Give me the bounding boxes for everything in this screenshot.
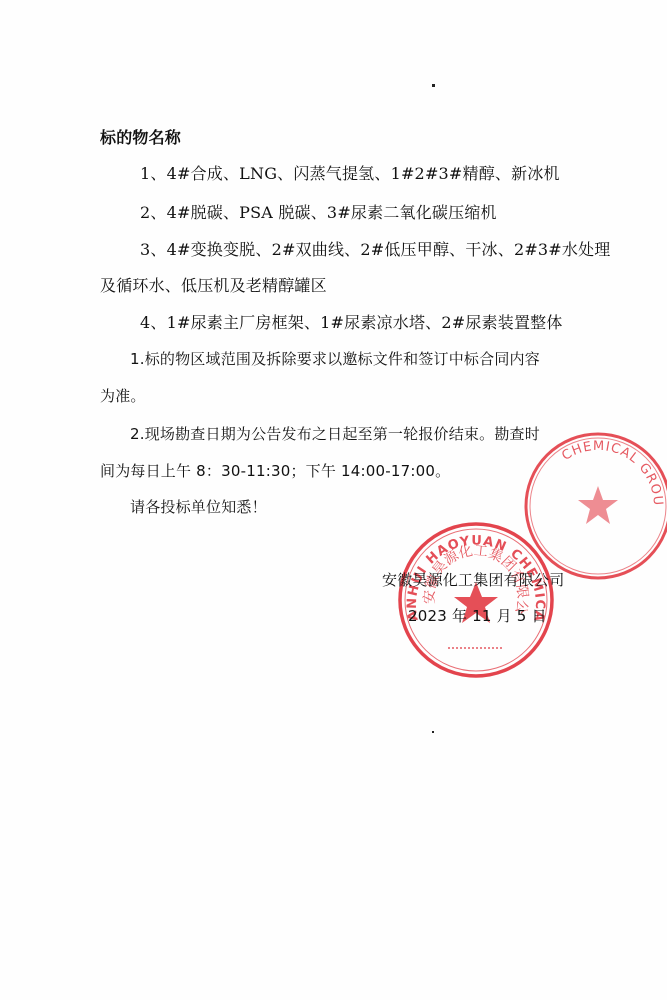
company-seal: ANHUI HAOYUAN CHEMICAL GROUP CO., LTD. 安… xyxy=(396,520,556,680)
note-1-line1: 1.标的物区域范围及拆除要求以邀标文件和签订中标合同内容 xyxy=(130,349,540,369)
item-3-line1: 3、4#变换变脱、2#双曲线、2#低压甲醇、干冰、2#3#水处理 xyxy=(140,240,611,260)
svg-text:安徽昊源化工集团有限公司: 安徽昊源化工集团有限公司 xyxy=(396,520,530,615)
item-4: 4、1#尿素主厂房框架、1#尿素凉水塔、2#尿素装置整体 xyxy=(140,313,563,333)
document-page: 标的物名称 1、4#合成、LNG、闪蒸气提氢、1#2#3#精醇、新冰机 2、4#… xyxy=(0,0,667,1000)
item-3-line2: 及循环水、低压机及老精醇罐区 xyxy=(100,276,327,296)
partial-company-seal: CHEMICAL GROUP · CO., LTD. xyxy=(522,430,667,582)
signature-date: 2023 年 11 月 5 日 xyxy=(408,606,547,626)
scan-speck xyxy=(432,731,434,733)
svg-text:CHEMICAL GROUP · CO., LTD.: CHEMICAL GROUP · CO., LTD. xyxy=(522,430,665,507)
section-heading: 标的物名称 xyxy=(100,128,181,148)
item-1: 1、4#合成、LNG、闪蒸气提氢、1#2#3#精醇、新冰机 xyxy=(140,164,560,184)
signature-company: 安徽昊源化工集团有限公司 xyxy=(382,570,564,590)
item-2: 2、4#脱碳、PSA 脱碳、3#尿素二氧化碳压缩机 xyxy=(140,203,497,223)
note-1-line2: 为准。 xyxy=(100,386,146,406)
scan-speck xyxy=(432,84,435,87)
note-2-line1: 2.现场勘查日期为公告发布之日起至第一轮报价结束。勘查时 xyxy=(130,424,540,444)
closing-text: 请各投标单位知悉！ xyxy=(130,497,267,517)
note-2-line2: 间为每日上午 8：30-11:30；下午 14:00-17:00。 xyxy=(100,461,450,481)
